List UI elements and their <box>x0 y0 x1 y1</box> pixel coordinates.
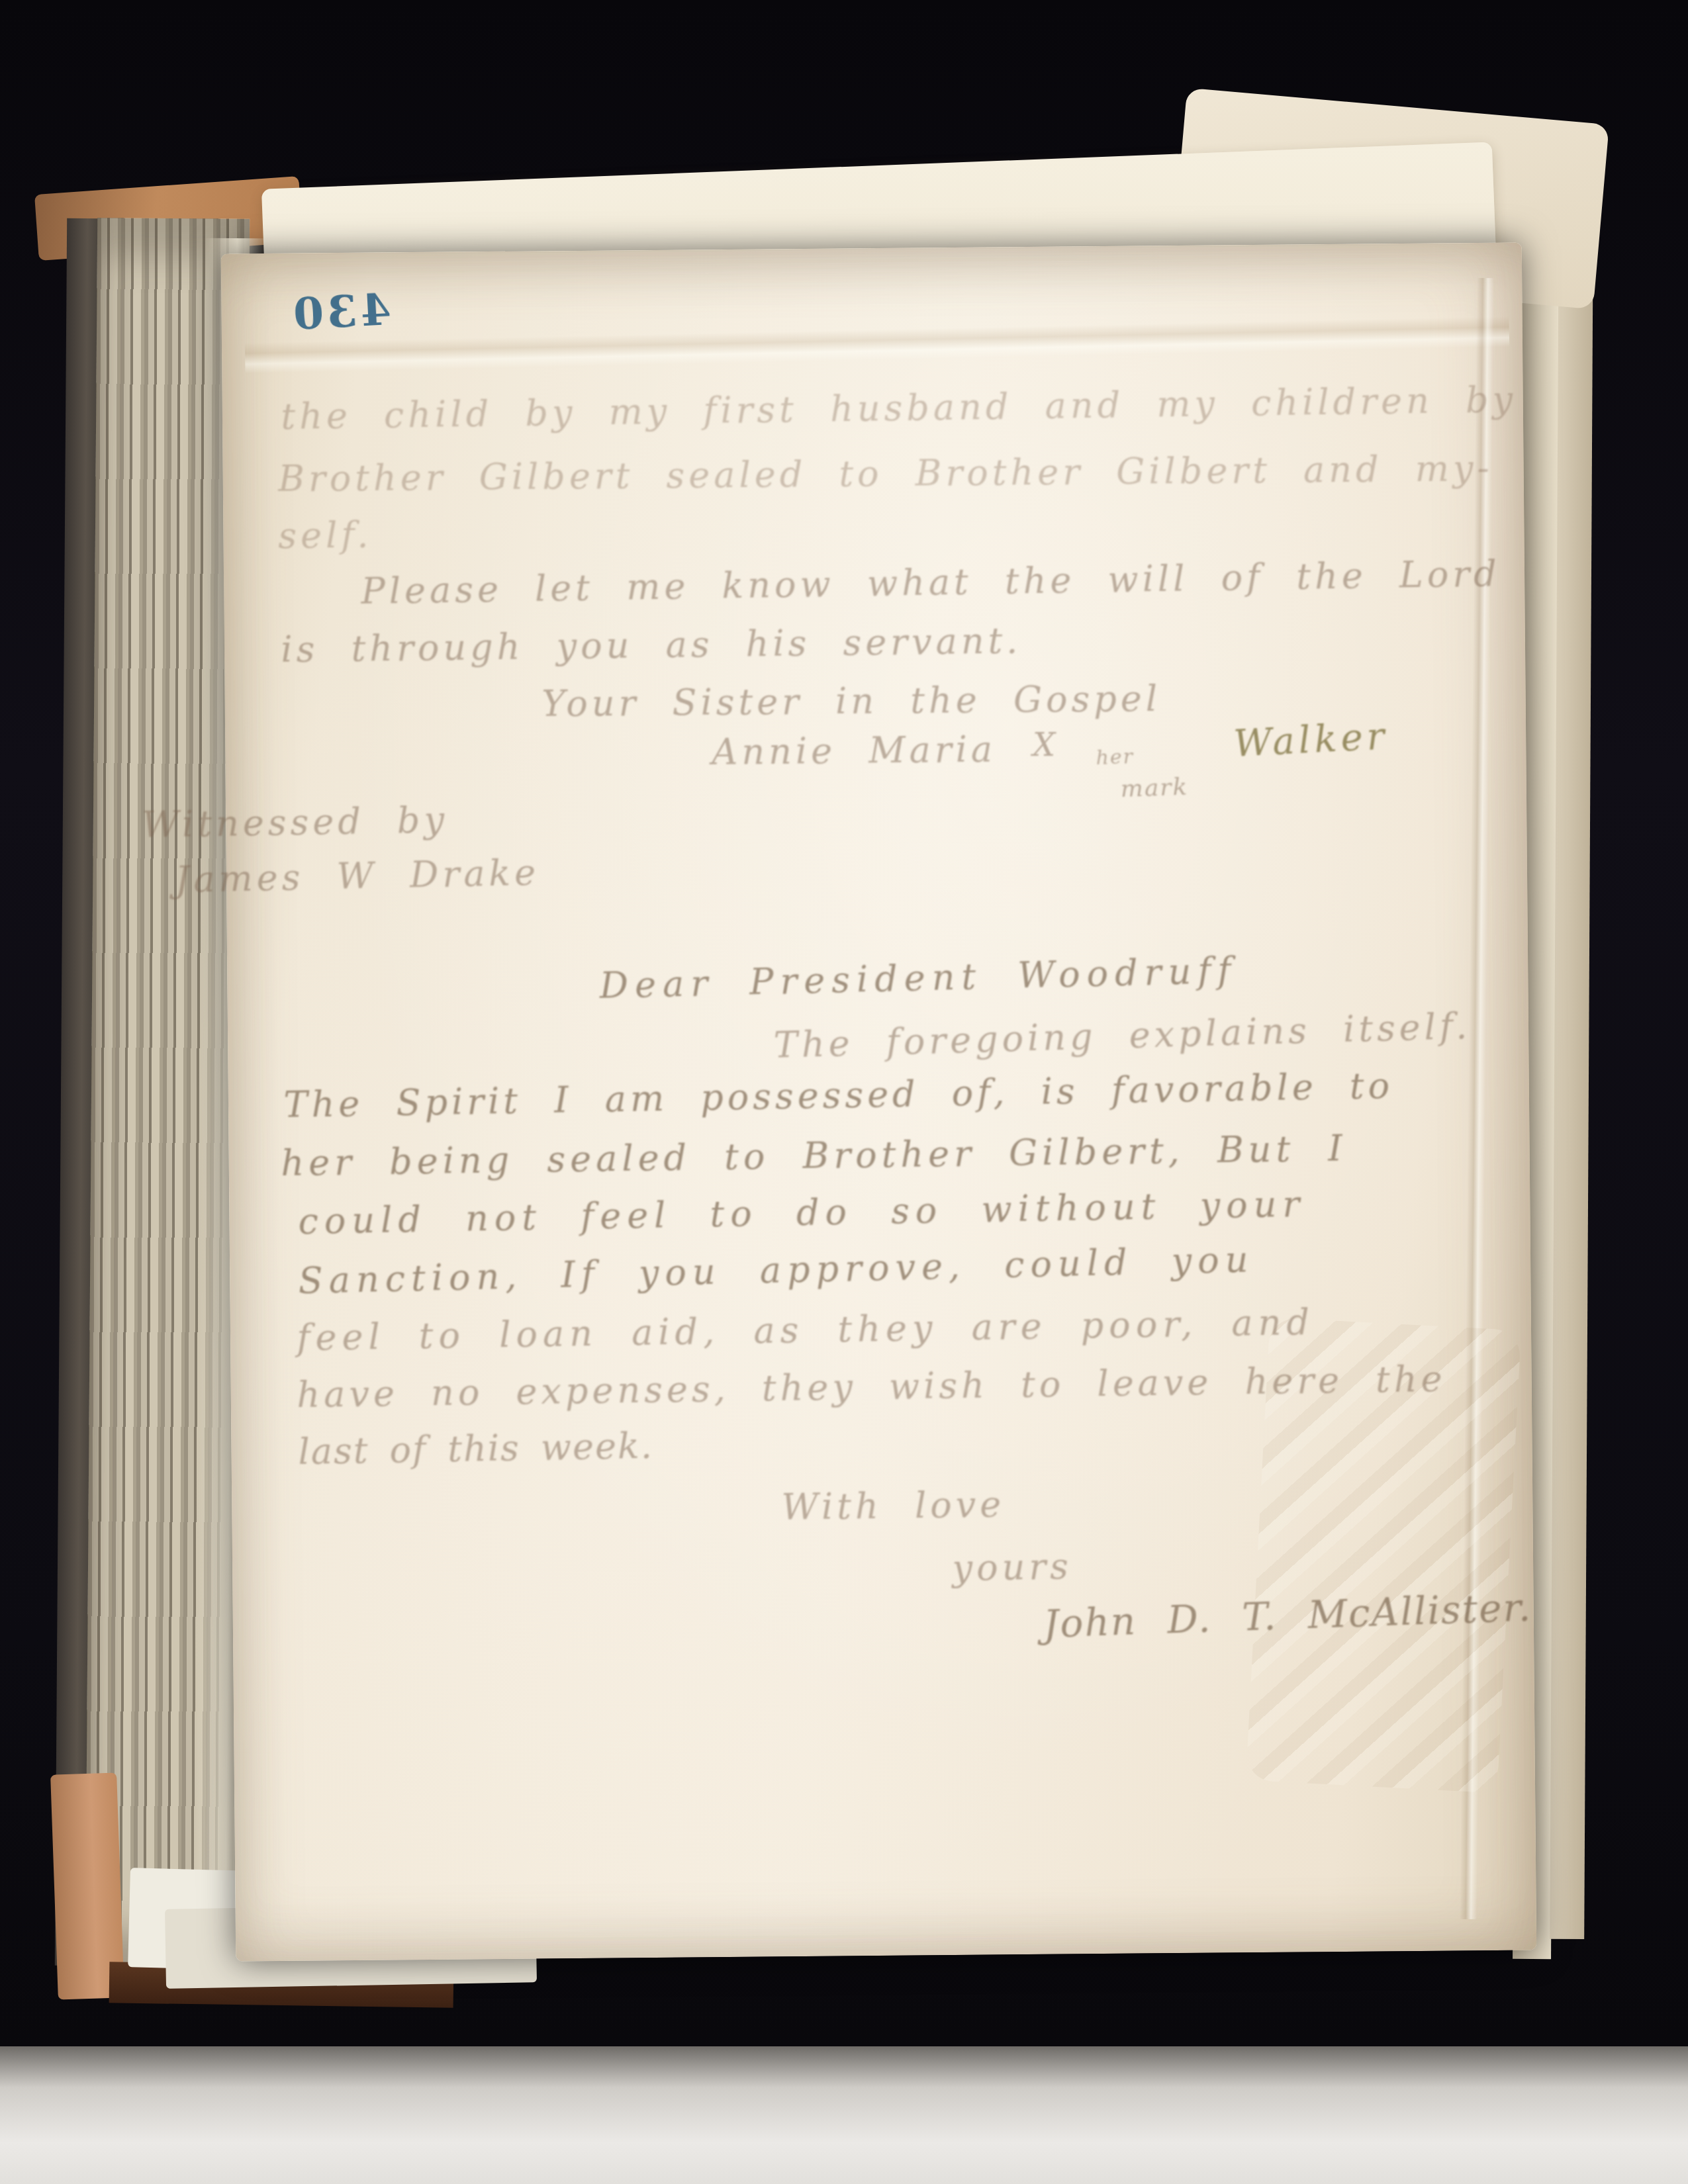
witness-signature: James W Drake <box>175 851 540 901</box>
signature-walker: Walker <box>1233 715 1389 766</box>
signature-annie-maria: Annie Maria <box>712 729 996 773</box>
handwriting-line: last of this week. <box>298 1425 653 1473</box>
closing-line: With love <box>781 1483 1006 1528</box>
handwriting-line: Your Sister in the Gospel <box>541 678 1161 725</box>
witnessed-by-line: Witnessed by <box>142 799 448 846</box>
signature-x-mark: X <box>1033 727 1059 764</box>
mark-word-her: her <box>1096 745 1135 770</box>
mark-word-mark: mark <box>1120 773 1189 803</box>
closing-line: yours <box>952 1545 1072 1589</box>
photo-background: 430 the child by my first husband and my… <box>0 0 1688 2184</box>
page-number-stamp: 430 <box>289 283 393 340</box>
handwriting-line: self. <box>278 514 373 557</box>
photo-mat-bottom <box>0 2046 1688 2184</box>
